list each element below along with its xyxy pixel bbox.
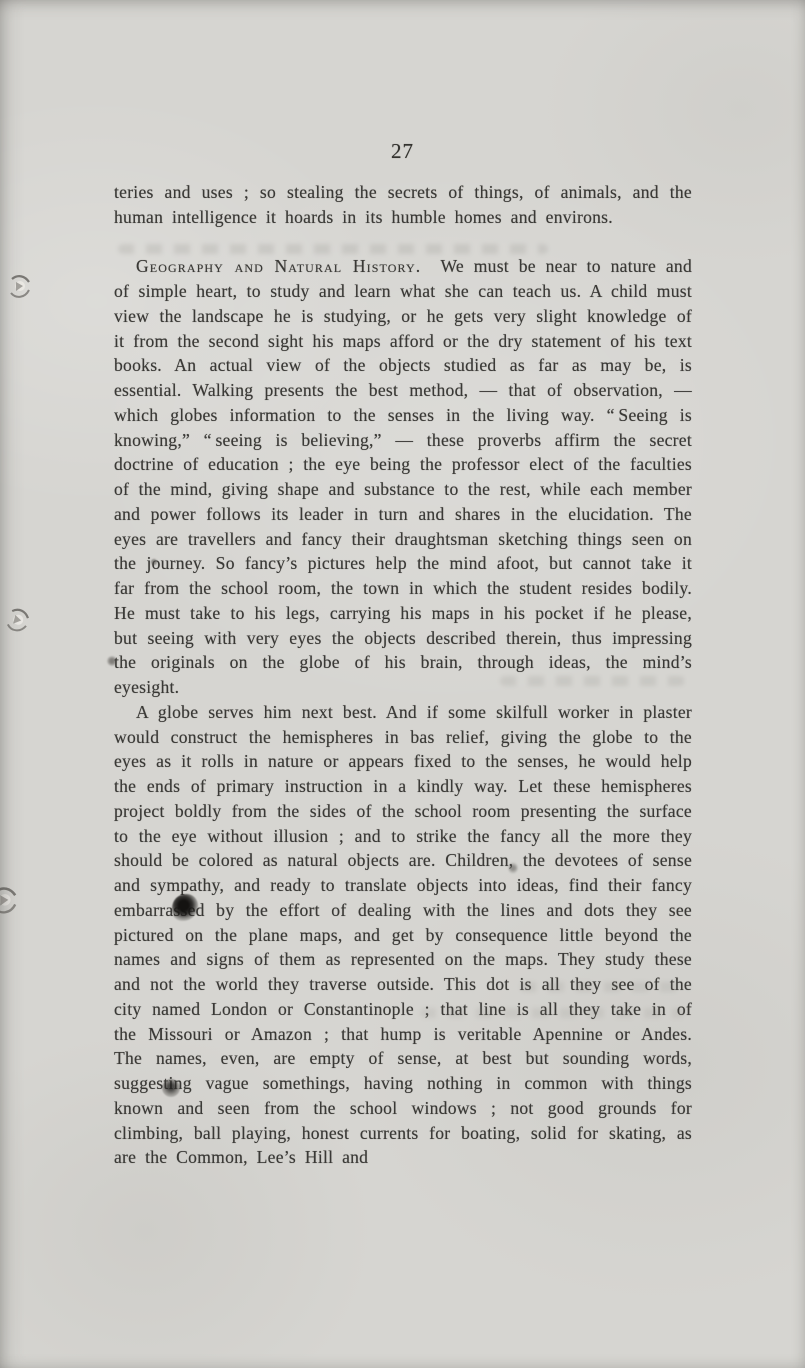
paragraph-body: We must be near to nature and of simple … bbox=[114, 256, 692, 697]
text-block: teries and uses ; so stealing the secret… bbox=[114, 180, 692, 1170]
paragraph-continuation: teries and uses ; so stealing the secret… bbox=[114, 180, 692, 230]
paper-crease-mark bbox=[3, 603, 35, 638]
scanned-book-page: 27 teries and uses ; so stealing the sec… bbox=[0, 0, 805, 1368]
paragraph-geography: Geography and Natural History. We must b… bbox=[114, 254, 692, 700]
paper-crease-mark bbox=[0, 884, 21, 919]
page-number: 27 bbox=[0, 139, 805, 164]
section-heading: Geography and Natural History. bbox=[136, 256, 421, 276]
paragraph-globe: A globe serves him next best. And if som… bbox=[114, 700, 692, 1170]
paper-crease-mark bbox=[8, 272, 34, 302]
